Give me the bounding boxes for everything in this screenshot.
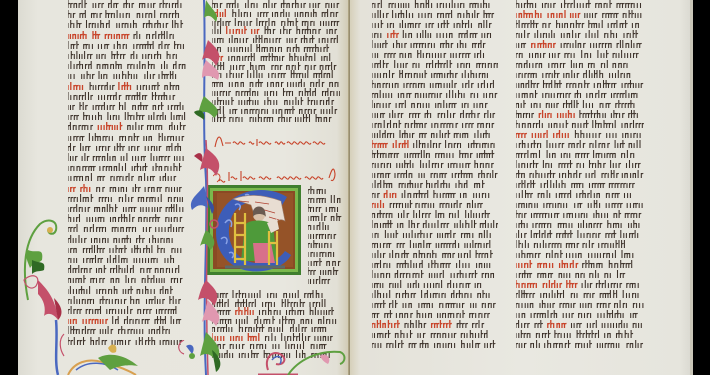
script-line	[372, 50, 498, 60]
script-line	[68, 133, 186, 143]
script-line	[212, 114, 340, 124]
script-line	[372, 240, 498, 250]
script-line	[372, 150, 498, 160]
script-line	[372, 320, 498, 330]
script-line	[68, 122, 186, 132]
rubric-heading-2	[213, 168, 343, 182]
script-line	[516, 320, 644, 330]
script-line	[516, 90, 644, 100]
script-line	[372, 200, 498, 210]
right-page	[350, 0, 693, 375]
script-line	[372, 230, 498, 240]
script-line	[68, 255, 186, 265]
script-line	[372, 0, 498, 10]
script-line	[68, 235, 186, 245]
script-line	[516, 200, 644, 210]
script-line	[516, 310, 644, 320]
script-line	[68, 245, 186, 255]
script-line	[68, 143, 186, 153]
script-line	[68, 51, 186, 61]
script-line	[68, 0, 186, 10]
left-page	[18, 0, 350, 375]
script-line	[516, 220, 644, 230]
script-line	[372, 220, 498, 230]
script-line	[68, 173, 186, 183]
script-line	[516, 300, 644, 310]
script-line	[372, 80, 498, 90]
script-line	[68, 224, 186, 234]
script-line	[516, 60, 644, 70]
script-line	[68, 286, 186, 296]
script-line	[516, 30, 644, 40]
script-line	[68, 20, 186, 30]
script-line	[372, 140, 498, 150]
script-line	[68, 61, 186, 71]
script-line	[516, 340, 644, 350]
script-line	[516, 270, 644, 280]
script-line	[516, 190, 644, 200]
script-line	[68, 296, 186, 306]
script-line	[68, 31, 186, 41]
script-line	[516, 210, 644, 220]
script-line	[372, 30, 498, 40]
script-line	[516, 40, 644, 50]
script-line	[516, 110, 644, 120]
script-line	[372, 120, 498, 130]
bottom-floral-border	[58, 340, 348, 375]
script-line	[516, 150, 644, 160]
script-line	[68, 41, 186, 51]
script-line	[372, 20, 498, 30]
script-line	[68, 204, 186, 214]
script-line	[516, 140, 644, 150]
script-line	[516, 240, 644, 250]
script-line	[372, 60, 498, 70]
script-line	[516, 170, 644, 180]
script-line	[516, 120, 644, 130]
central-floral-border	[186, 0, 226, 375]
script-line	[68, 153, 186, 163]
script-line	[372, 170, 498, 180]
script-line	[68, 326, 186, 336]
script-line	[372, 290, 498, 300]
script-line	[372, 330, 498, 340]
script-line	[68, 194, 186, 204]
script-line	[372, 130, 498, 140]
script-line	[372, 310, 498, 320]
script-line	[68, 82, 186, 92]
script-line	[516, 290, 644, 300]
script-line	[68, 71, 186, 81]
script-line	[516, 50, 644, 60]
script-line	[68, 275, 186, 285]
script-line	[372, 280, 498, 290]
script-line	[68, 214, 186, 224]
script-line	[68, 184, 186, 194]
script-line	[516, 180, 644, 190]
script-line	[372, 110, 498, 120]
script-beside-initial	[308, 186, 342, 286]
script-line	[372, 40, 498, 50]
script-line	[68, 265, 186, 275]
script-line	[516, 130, 644, 140]
script-line	[372, 260, 498, 270]
script-line	[308, 276, 342, 286]
script-line	[372, 100, 498, 110]
script-line	[516, 330, 644, 340]
script-line	[516, 10, 644, 20]
script-line	[372, 210, 498, 220]
right-page-edge	[690, 0, 693, 375]
script-line	[516, 100, 644, 110]
script-line	[516, 230, 644, 240]
script-line	[516, 280, 644, 290]
script-line	[372, 180, 498, 190]
right-text-column-a	[372, 0, 500, 350]
script-line	[372, 70, 498, 80]
script-line	[372, 190, 498, 200]
script-line	[372, 90, 498, 100]
script-line	[516, 0, 644, 10]
script-line	[516, 80, 644, 90]
rubric-heading-1	[213, 134, 343, 146]
script-line	[372, 270, 498, 280]
script-line	[372, 10, 498, 20]
script-line	[516, 20, 644, 30]
script-line	[516, 160, 644, 170]
script-line	[372, 300, 498, 310]
image-frame	[0, 0, 710, 375]
script-line	[68, 316, 186, 326]
script-line	[68, 92, 186, 102]
script-line	[516, 250, 644, 260]
script-line	[68, 102, 186, 112]
script-line	[68, 163, 186, 173]
script-line	[516, 70, 644, 80]
script-line	[372, 250, 498, 260]
script-line	[68, 112, 186, 122]
script-line	[372, 340, 498, 350]
script-line	[372, 160, 498, 170]
right-text-column-b	[516, 0, 644, 350]
script-line	[516, 260, 644, 270]
script-line	[68, 306, 186, 316]
script-line	[68, 10, 186, 20]
